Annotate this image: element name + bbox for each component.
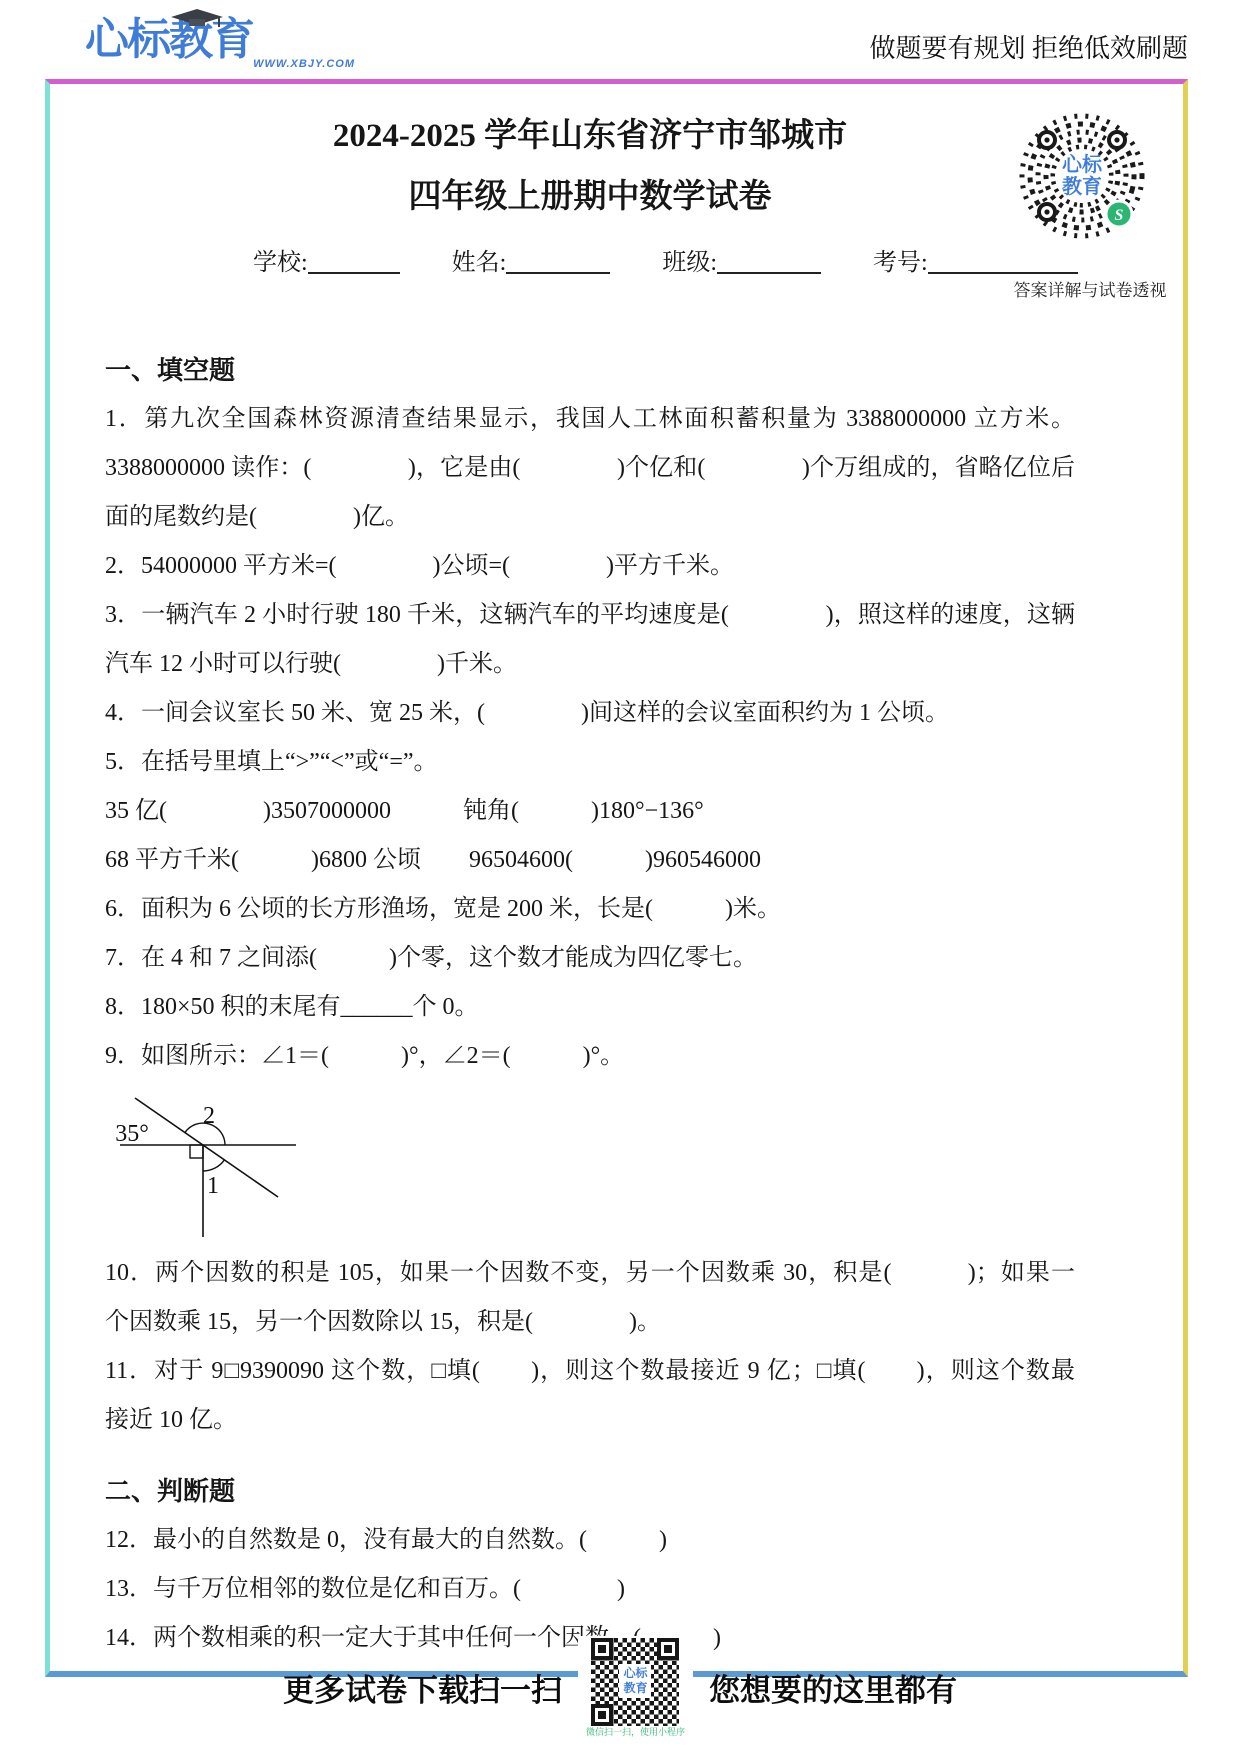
exam-content: 2024-2025 学年山东省济宁市邹城市 四年级上册期中数学试卷 学校: 姓名… xyxy=(105,79,1075,1663)
question-line: 汽车 12 小时可以行驶( )千米。 xyxy=(105,640,1075,689)
exam-title-line1: 2024-2025 学年山东省济宁市邹城市 xyxy=(105,113,1075,159)
exam-no-field: 考号: xyxy=(873,250,1078,276)
download-banner: 更多试卷下载扫一扫 心标教育 微信扫一扫，使用小程序 您想要的这里都有 xyxy=(0,1636,1240,1738)
exam-paper-page: 心标教育 WWW.XBJY.COM 做题要有规划 拒绝低效刷题 心标 教 xyxy=(0,0,1240,1754)
angle-figure: 35° 2 1 xyxy=(100,1085,320,1243)
question-line: 6．面积为 6 公顷的长方形渔场，宽是 200 米，长是( )米。 xyxy=(105,885,1075,934)
qr-finder-icon xyxy=(657,1638,679,1660)
question-line: 68 平方千米( )6800 公顷 96504600( )960546000 xyxy=(105,836,1075,885)
wechat-badge-glyph: S xyxy=(1115,207,1124,224)
question-line: 面的尾数约是( )亿。 xyxy=(105,493,1075,542)
question-line: 13．与千万位相邻的数位是亿和百万。( ) xyxy=(105,1565,1075,1614)
qr-finder-icon xyxy=(591,1638,613,1660)
section-heading-fill-in: 一、填空题 xyxy=(105,346,1075,395)
download-qr-wrap: 心标教育 微信扫一扫，使用小程序 xyxy=(578,1636,693,1738)
question-line: 3．一辆汽车 2 小时行驶 180 千米，这辆汽车的平均速度是( )，照这样的速… xyxy=(105,591,1075,640)
question-line: 4．一间会议室长 50 米、宽 25 米，( )间这样的会议室面积约为 1 公顷… xyxy=(105,689,1075,738)
school-field: 学校: xyxy=(253,250,400,276)
banner-right-text: 您想要的这里都有 xyxy=(709,1665,957,1710)
name-field: 姓名: xyxy=(452,250,611,276)
school-label: 学校: xyxy=(253,250,308,276)
question-line: 11．对于 9□9390090 这个数，□填( )，则这个数最接近 9 亿；□填… xyxy=(105,1347,1075,1396)
class-blank xyxy=(717,248,821,274)
angle-35-label: 35° xyxy=(115,1121,149,1147)
angle-1-arc xyxy=(203,1160,224,1171)
banner-left-text: 更多试卷下载扫一扫 xyxy=(283,1665,562,1710)
question-line: 35 亿( )3507000000 钝角( )180°−136° xyxy=(105,787,1075,836)
name-label: 姓名: xyxy=(452,250,507,276)
right-angle-mark xyxy=(190,1145,203,1158)
question-line: 9．如图所示：∠1＝( )°，∠2＝( )°。 xyxy=(105,1032,1075,1081)
question-line: 3388000000 读作：( )，它是由( )个亿和( )个万组成的，省略亿位… xyxy=(105,444,1075,493)
question-line: 个因数乘 15，另一个因数除以 15，积是( )。 xyxy=(105,1298,1075,1347)
class-field: 班级: xyxy=(662,250,821,276)
question-line: 8．180×50 积的末尾有______个 0。 xyxy=(105,983,1075,1032)
student-info-row: 学校: 姓名: 班级: 考号: xyxy=(253,242,1075,274)
section-heading-true-false: 二、判断题 xyxy=(105,1467,1075,1516)
question-line: 12．最小的自然数是 0，没有最大的自然数。( ) xyxy=(105,1516,1075,1565)
download-qr-caption: 微信扫一扫，使用小程序 xyxy=(586,1726,685,1738)
question-line: 7．在 4 和 7 之间添( )个零，这个数才能成为四亿零七。 xyxy=(105,934,1075,983)
header-slogan: 做题要有规划 拒绝低效刷题 xyxy=(869,28,1188,65)
angle-1-label: 1 xyxy=(207,1173,219,1199)
angle-2-label: 2 xyxy=(203,1103,215,1129)
question-line: 5．在括号里填上“>”“<”或“=”。 xyxy=(105,738,1075,787)
graduation-cap-icon xyxy=(171,9,223,29)
class-label: 班级: xyxy=(662,250,717,276)
name-blank xyxy=(506,248,610,274)
question-line: 10．两个因数的积是 105，如果一个因数不变，另一个因数乘 30，积是( )；… xyxy=(105,1249,1075,1298)
question-line: 1．第九次全国森林资源清查结果显示，我国人工林面积蓄积量为 3388000000… xyxy=(105,395,1075,444)
question-line: 接近 10 亿。 xyxy=(105,1396,1075,1445)
exam-no-label: 考号: xyxy=(873,250,928,276)
qr-center-logo: 心标教育 xyxy=(619,1664,651,1698)
question-line: 2．54000000 平方米=( )公顷=( )平方千米。 xyxy=(105,542,1075,591)
qr-finder-icon xyxy=(591,1704,613,1726)
exam-no-blank xyxy=(928,248,1078,274)
download-qr-code: 心标教育 xyxy=(591,1638,679,1726)
exam-title-line2: 四年级上册期中数学试卷 xyxy=(105,174,1075,220)
school-blank xyxy=(308,248,400,274)
brand-logo: 心标教育 WWW.XBJY.COM xyxy=(85,16,355,70)
